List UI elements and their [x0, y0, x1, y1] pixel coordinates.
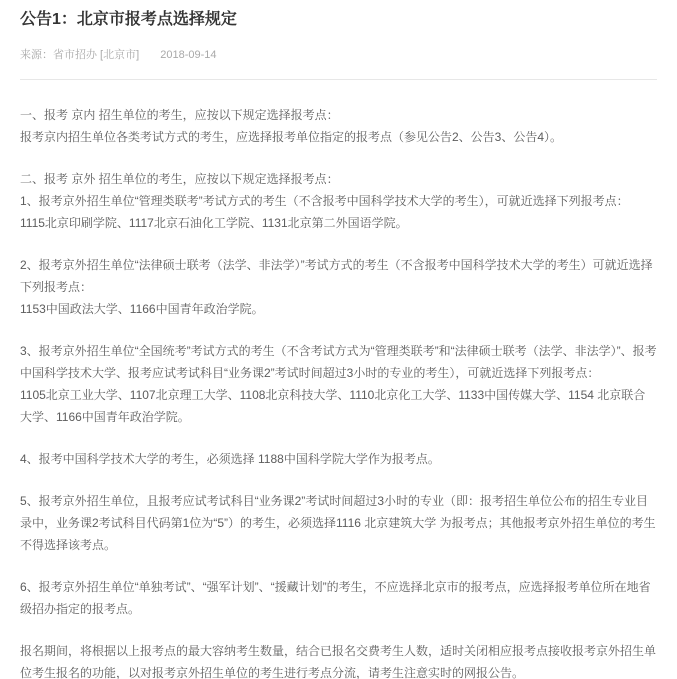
source-label: 来源：省市招办 [北京市] [20, 49, 139, 61]
paragraph-section-2-item-5: 5、报考京外招生单位，且报考应试考试科目“业务课2”考试时间超过3小时的专业（即… [20, 490, 657, 556]
header-divider [20, 79, 657, 80]
publish-date: 2018-09-14 [160, 49, 216, 61]
paragraph-section-2-item-1: 二、报考 京外 招生单位的考生，应按以下规定选择报考点： 1、报考京外招生单位“… [20, 168, 657, 234]
paragraph-closing-note: 报名期间，将根据以上报考点的最大容纳考生数量，结合已报名交费考生人数，适时关闭相… [20, 640, 657, 679]
article-body: 一、报考 京内 招生单位的考生，应按以下规定选择报考点： 报考京内招生单位各类考… [20, 88, 657, 679]
paragraph-section-2-item-4: 4、报考中国科学技术大学的考生，必须选择 1188中国科学院大学作为报考点。 [20, 448, 657, 470]
paragraph-section-1: 一、报考 京内 招生单位的考生，应按以下规定选择报考点： 报考京内招生单位各类考… [20, 104, 657, 148]
paragraph-section-2-item-3: 3、报考京外招生单位“全国统考”考试方式的考生（不含考试方式为“管理类联考”和“… [20, 340, 657, 428]
announcement-page: 公告1：北京市报考点选择规定 来源：省市招办 [北京市] 2018-09-14 … [0, 0, 677, 679]
paragraph-section-2-item-6: 6、报考京外招生单位“单独考试”、“强军计划”、“援藏计划”的考生，不应选择北京… [20, 576, 657, 620]
article-meta: 来源：省市招办 [北京市] 2018-09-14 [20, 48, 657, 63]
page-title: 公告1：北京市报考点选择规定 [20, 9, 657, 31]
paragraph-section-2-item-2: 2、报考京外招生单位“法律硕士联考（法学、非法学）”考试方式的考生（不含报考中国… [20, 254, 657, 320]
